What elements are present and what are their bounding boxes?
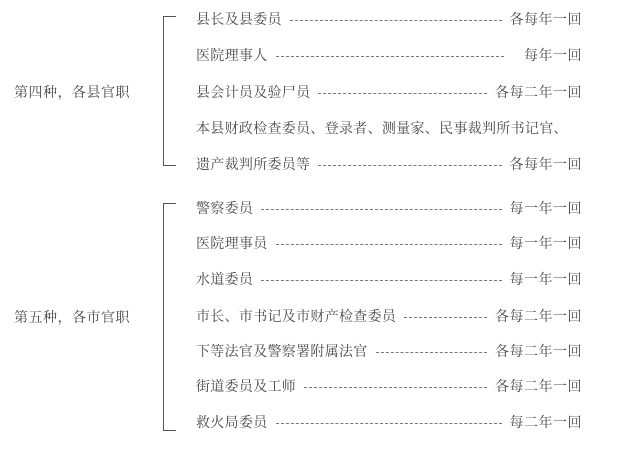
leader-dots <box>290 20 502 21</box>
leader-dots <box>376 352 487 353</box>
election-frequency: 每一年一回 <box>510 198 583 218</box>
leader-dots <box>318 93 487 94</box>
leader-dots <box>276 56 505 57</box>
election-frequency: 每一年一回 <box>510 233 583 253</box>
office-name: 救火局委员 <box>196 412 268 432</box>
leader-dots <box>304 387 487 388</box>
list-item: 市长、市书记及市财产检查委员 各每二年一回 <box>196 306 582 326</box>
category-label: 第五种，各市官职 <box>14 307 130 327</box>
leader-dots <box>261 209 501 210</box>
office-name: 警察委员 <box>196 198 253 218</box>
leader-dots <box>261 280 501 281</box>
leader-dots <box>276 423 502 424</box>
leader-dots <box>276 244 502 245</box>
office-name: 遗产裁判所委员等 <box>196 154 310 174</box>
list-item: 县长及县委员 各每年一回 <box>196 9 582 29</box>
election-frequency: 每二年一回 <box>510 412 583 432</box>
office-name: 医院理事员 <box>196 233 268 253</box>
election-frequency: 各每年一回 <box>510 9 583 29</box>
office-name: 医院理事人 <box>196 45 268 65</box>
list-item: 下等法官及警察署附属法官 各每二年一回 <box>196 341 582 361</box>
office-name: 街道委员及工师 <box>196 376 296 396</box>
list-item: 医院理事人 每年一回 <box>196 45 582 65</box>
list-item: 医院理事员 每一年一回 <box>196 233 582 253</box>
election-frequency: 各每二年一回 <box>495 306 582 326</box>
list-item: 县会计员及验尸员 各每二年一回 <box>196 82 582 102</box>
list-item: 救火局委员 每二年一回 <box>196 412 582 432</box>
election-frequency: 各每年一回 <box>510 154 583 174</box>
list-item: 遗产裁判所委员等 各每年一回 <box>196 154 582 174</box>
election-frequency: 各每二年一回 <box>495 341 582 361</box>
office-name: 市长、市书记及市财产检查委员 <box>196 306 396 326</box>
leader-dots <box>404 317 487 318</box>
bracket <box>163 16 176 166</box>
bracket <box>163 203 176 431</box>
election-frequency: 各每二年一回 <box>495 82 582 102</box>
election-frequency: 每一年一回 <box>510 269 583 289</box>
office-name: 水道委员 <box>196 269 253 289</box>
election-frequency: 各每二年一回 <box>495 376 582 396</box>
office-name: 本县财政检查委员、登录者、测量家、民事裁判所书记官、 <box>196 118 568 138</box>
list-item: 街道委员及工师 各每二年一回 <box>196 376 582 396</box>
leader-dots <box>318 165 501 166</box>
office-name: 县长及县委员 <box>196 9 282 29</box>
office-name: 下等法官及警察署附属法官 <box>196 341 368 361</box>
election-frequency: 每年一回 <box>524 45 582 65</box>
category-label: 第四种，各县官职 <box>14 82 130 102</box>
list-item: 水道委员 每一年一回 <box>196 269 582 289</box>
list-item: 本县财政检查委员、登录者、测量家、民事裁判所书记官、 <box>196 118 568 138</box>
office-name: 县会计员及验尸员 <box>196 82 310 102</box>
list-item: 警察委员 每一年一回 <box>196 198 582 218</box>
